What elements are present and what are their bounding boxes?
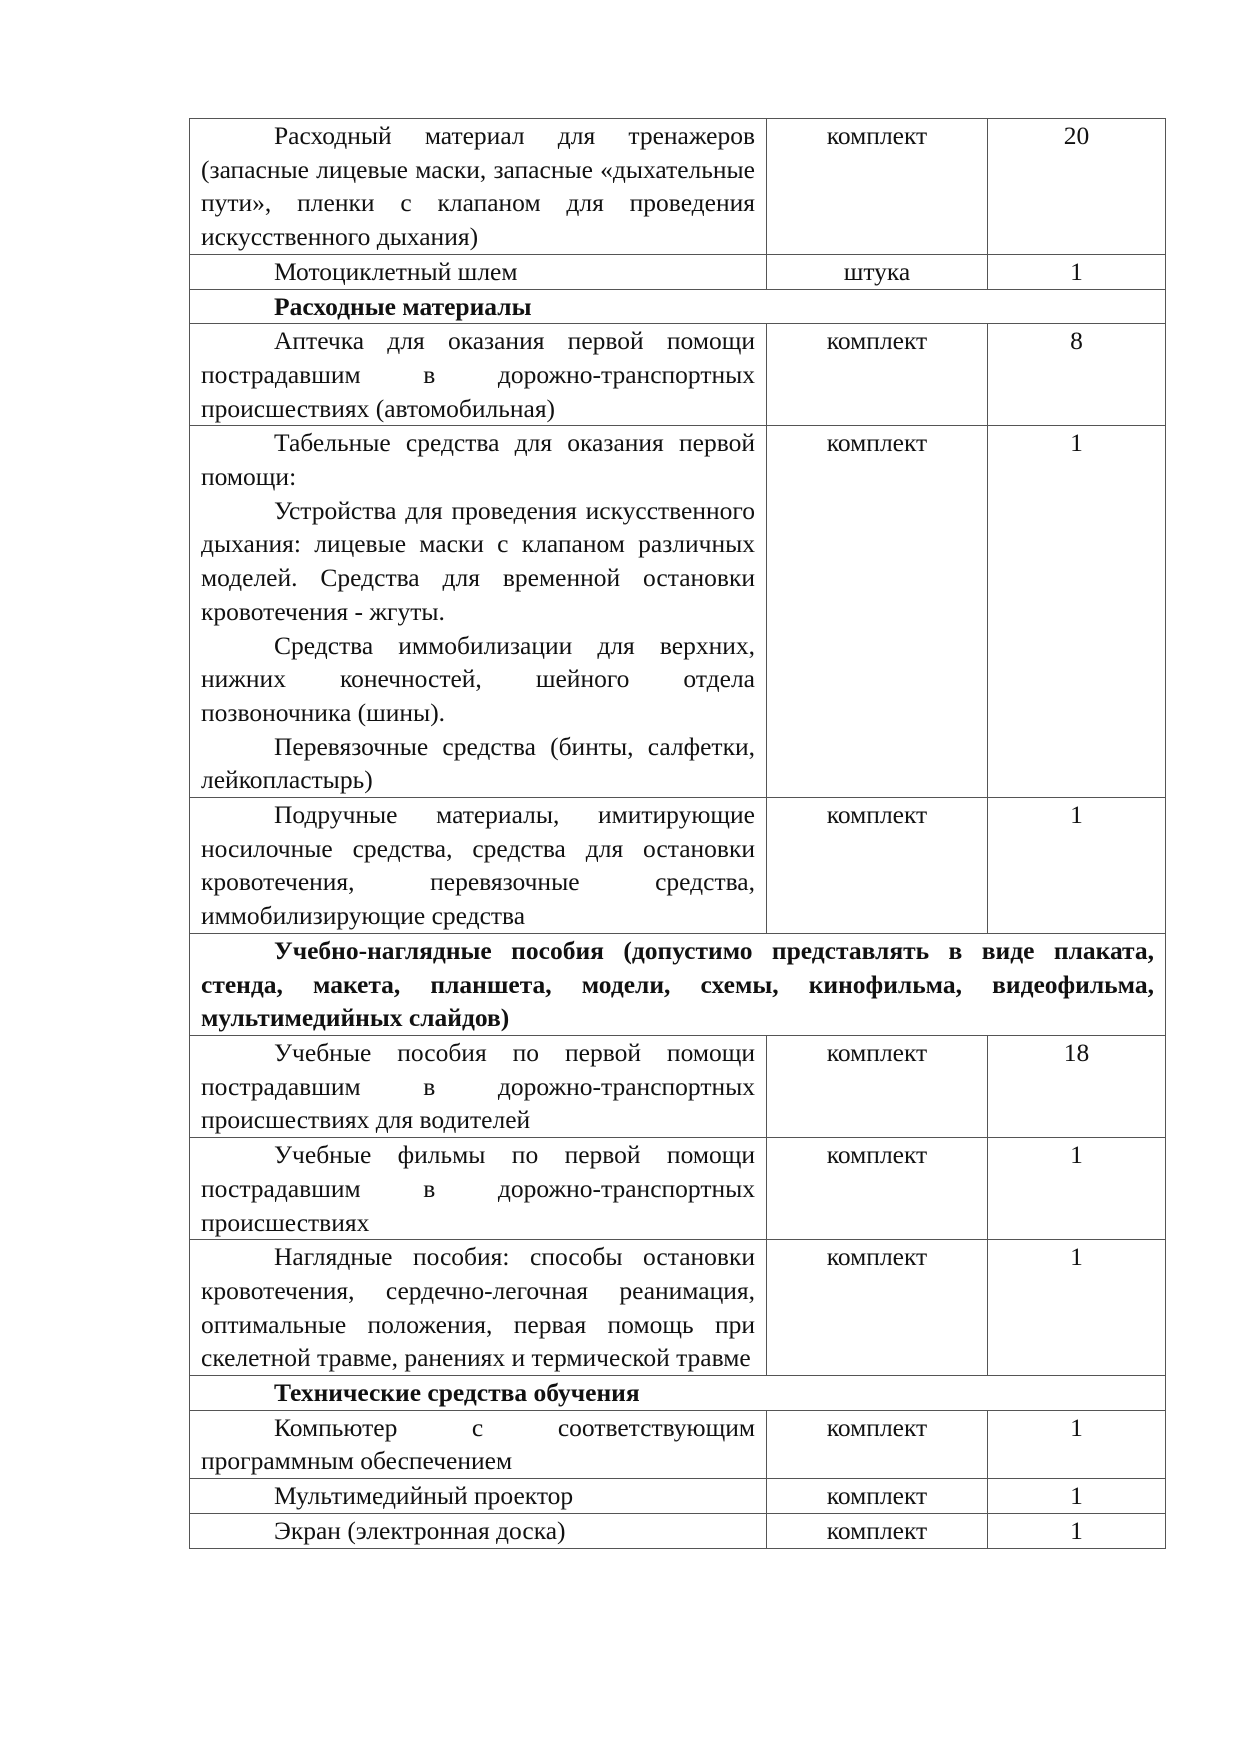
item-name-cell: Мультимедийный проектор [190,1479,767,1514]
section-header-row: Технические средства обучения [190,1376,1166,1411]
table-row: Учебные пособия по первой помощи пострад… [190,1035,1166,1137]
table-row: Табельные средства для оказания первой п… [190,426,1166,798]
table-row: Мотоциклетный шлемштука1 [190,254,1166,289]
item-quantity-cell: 1 [988,1410,1166,1478]
item-quantity-cell: 1 [988,1479,1166,1514]
table-row: Подручные материалы, имитирующие носилоч… [190,798,1166,934]
item-name-paragraph: Расходный материал для тренажеров (запас… [201,119,755,254]
item-quantity-cell: 1 [988,1513,1166,1548]
section-title-cell: Учебно-наглядные пособия (допустимо пред… [190,933,1166,1035]
section-header-row: Расходные материалы [190,289,1166,324]
table-row: Учебные фильмы по первой помощи пострада… [190,1138,1166,1240]
item-unit-cell: комплект [767,119,988,255]
table-row: Аптечка для оказания первой помощи постр… [190,324,1166,426]
item-name-paragraph: Экран (электронная доска) [201,1514,755,1548]
section-title: Учебно-наглядные пособия (допустимо пред… [201,934,1154,1035]
equipment-table-body: Расходный материал для тренажеров (запас… [190,119,1166,1549]
item-unit-cell: комплект [767,1410,988,1478]
table-row: Наглядные пособия: способы остановки кро… [190,1240,1166,1376]
item-name-paragraph: Устройства для проведения искусственного… [201,494,755,629]
item-quantity-cell: 1 [988,1240,1166,1376]
item-quantity-cell: 1 [988,798,1166,934]
equipment-table: Расходный материал для тренажеров (запас… [189,118,1166,1549]
item-unit-cell: комплект [767,1138,988,1240]
item-name-cell: Экран (электронная доска) [190,1513,767,1548]
item-name-cell: Учебные фильмы по первой помощи пострада… [190,1138,767,1240]
section-title-cell: Расходные материалы [190,289,1166,324]
item-name-paragraph: Аптечка для оказания первой помощи постр… [201,324,755,425]
section-title-cell: Технические средства обучения [190,1376,1166,1411]
table-row: Мультимедийный проекторкомплект1 [190,1479,1166,1514]
table-row: Экран (электронная доска)комплект1 [190,1513,1166,1548]
item-name-cell: Аптечка для оказания первой помощи постр… [190,324,767,426]
item-name-paragraph: Средства иммобилизации для верхних, нижн… [201,629,755,730]
item-name-cell: Наглядные пособия: способы остановки кро… [190,1240,767,1376]
item-name-paragraph: Мультимедийный проектор [201,1479,755,1513]
item-unit-cell: комплект [767,1240,988,1376]
item-name-cell: Учебные пособия по первой помощи пострад… [190,1035,767,1137]
item-name-paragraph: Наглядные пособия: способы остановки кро… [201,1240,755,1375]
item-unit-cell: комплект [767,426,988,798]
item-name-cell: Мотоциклетный шлем [190,254,767,289]
item-name-paragraph: Перевязочные средства (бинты, салфетки, … [201,730,755,797]
table-row: Расходный материал для тренажеров (запас… [190,119,1166,255]
item-name-cell: Компьютер с соответствующим программным … [190,1410,767,1478]
item-name-paragraph: Учебные фильмы по первой помощи пострада… [201,1138,755,1239]
item-name-paragraph: Мотоциклетный шлем [201,255,755,289]
item-unit-cell: комплект [767,324,988,426]
item-quantity-cell: 1 [988,1138,1166,1240]
section-title: Технические средства обучения [201,1376,1154,1410]
item-quantity-cell: 18 [988,1035,1166,1137]
table-row: Компьютер с соответствующим программным … [190,1410,1166,1478]
item-name-paragraph: Подручные материалы, имитирующие носилоч… [201,798,755,933]
item-quantity-cell: 1 [988,254,1166,289]
section-header-row: Учебно-наглядные пособия (допустимо пред… [190,933,1166,1035]
item-unit-cell: комплект [767,1035,988,1137]
item-name-paragraph: Учебные пособия по первой помощи пострад… [201,1036,755,1137]
item-quantity-cell: 8 [988,324,1166,426]
section-title: Расходные материалы [201,290,1154,324]
item-unit-cell: комплект [767,1479,988,1514]
item-name-cell: Расходный материал для тренажеров (запас… [190,119,767,255]
item-unit-cell: комплект [767,798,988,934]
item-name-paragraph: Компьютер с соответствующим программным … [201,1411,755,1478]
document-page: Расходный материал для тренажеров (запас… [0,0,1241,1755]
item-name-cell: Табельные средства для оказания первой п… [190,426,767,798]
item-name-paragraph: Табельные средства для оказания первой п… [201,426,755,493]
item-quantity-cell: 20 [988,119,1166,255]
item-unit-cell: штука [767,254,988,289]
item-quantity-cell: 1 [988,426,1166,798]
item-name-cell: Подручные материалы, имитирующие носилоч… [190,798,767,934]
item-unit-cell: комплект [767,1513,988,1548]
